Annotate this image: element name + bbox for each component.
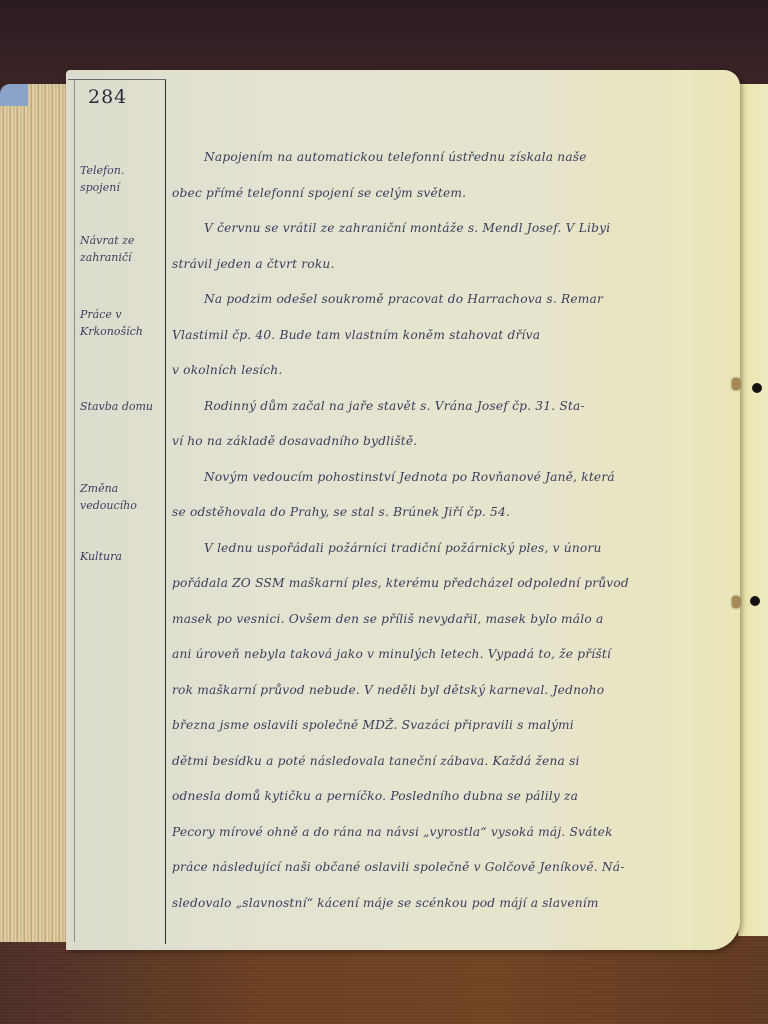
book-corner [0, 84, 28, 106]
margin-note-stavba: Stavba domu [80, 398, 164, 415]
text-line: práce následující naši občané oslavili s… [172, 850, 662, 886]
margin-note-kultura: Kultura [80, 548, 164, 565]
text-line: Na podzim odešel soukromě pracovat do Ha… [172, 282, 662, 318]
text-line: rok maškarní průvod nebude. V neděli byl… [172, 673, 662, 709]
text-line: pořádala ZO SSM maškarní ples, kterému p… [172, 566, 662, 602]
facing-page-edge [738, 84, 768, 936]
text-line: obec přímé telefonní spojení se celým sv… [172, 176, 662, 212]
text-line: dětmi besídku a poté následovala taneční… [172, 744, 662, 780]
binding-hole [750, 596, 760, 606]
book-page-edges [0, 84, 76, 942]
text-line: V lednu uspořádali požárníci tradiční po… [172, 531, 662, 567]
page-left-rule [74, 80, 75, 942]
binding-hole [752, 383, 762, 393]
text-line: sledovalo „slavnostní“ kácení máje se sc… [172, 886, 662, 922]
margin-note-prace: Práce v Krkonoších [80, 306, 164, 340]
text-line: března jsme oslavili společně MDŽ. Svazá… [172, 708, 662, 744]
margin-note-navrat: Návrat ze zahraničí [80, 232, 164, 266]
text-line: masek po vesnici. Ovšem den se příliš ne… [172, 602, 662, 638]
binding-clip [732, 378, 740, 390]
text-line: se odstěhovala do Prahy, se stal s. Brún… [172, 495, 662, 531]
text-line: odnesla domů kytičku a perníčko. Posledn… [172, 779, 662, 815]
text-line: Napojením na automatickou telefonní ústř… [172, 140, 662, 176]
margin-note-zmena: Změna vedoucího [80, 480, 164, 514]
text-line: strávil jeden a čtvrt roku. [172, 247, 662, 283]
binding-clip [732, 596, 740, 608]
page-number: 284 [88, 86, 127, 108]
text-line: Novým vedoucím pohostinství Jednota po R… [172, 460, 662, 496]
margin-rule [165, 80, 166, 944]
text-line: v okolních lesích. [172, 353, 662, 389]
handwritten-chronicle-text: Napojením na automatickou telefonní ústř… [172, 140, 662, 921]
margin-note-telefon: Telefon. spojení [80, 162, 164, 196]
text-line: ani úroveň nebyla taková jako v minulých… [172, 637, 662, 673]
text-line: Pecory mírové ohně a do rána na návsi „v… [172, 815, 662, 851]
header-rule [68, 79, 166, 80]
text-line: Rodinný dům začal na jaře stavět s. Vrán… [172, 389, 662, 425]
text-line: Vlastimil čp. 40. Bude tam vlastním koně… [172, 318, 662, 354]
text-line: ví ho na základě dosavadního bydliště. [172, 424, 662, 460]
text-line: V červnu se vrátil ze zahraniční montáže… [172, 211, 662, 247]
